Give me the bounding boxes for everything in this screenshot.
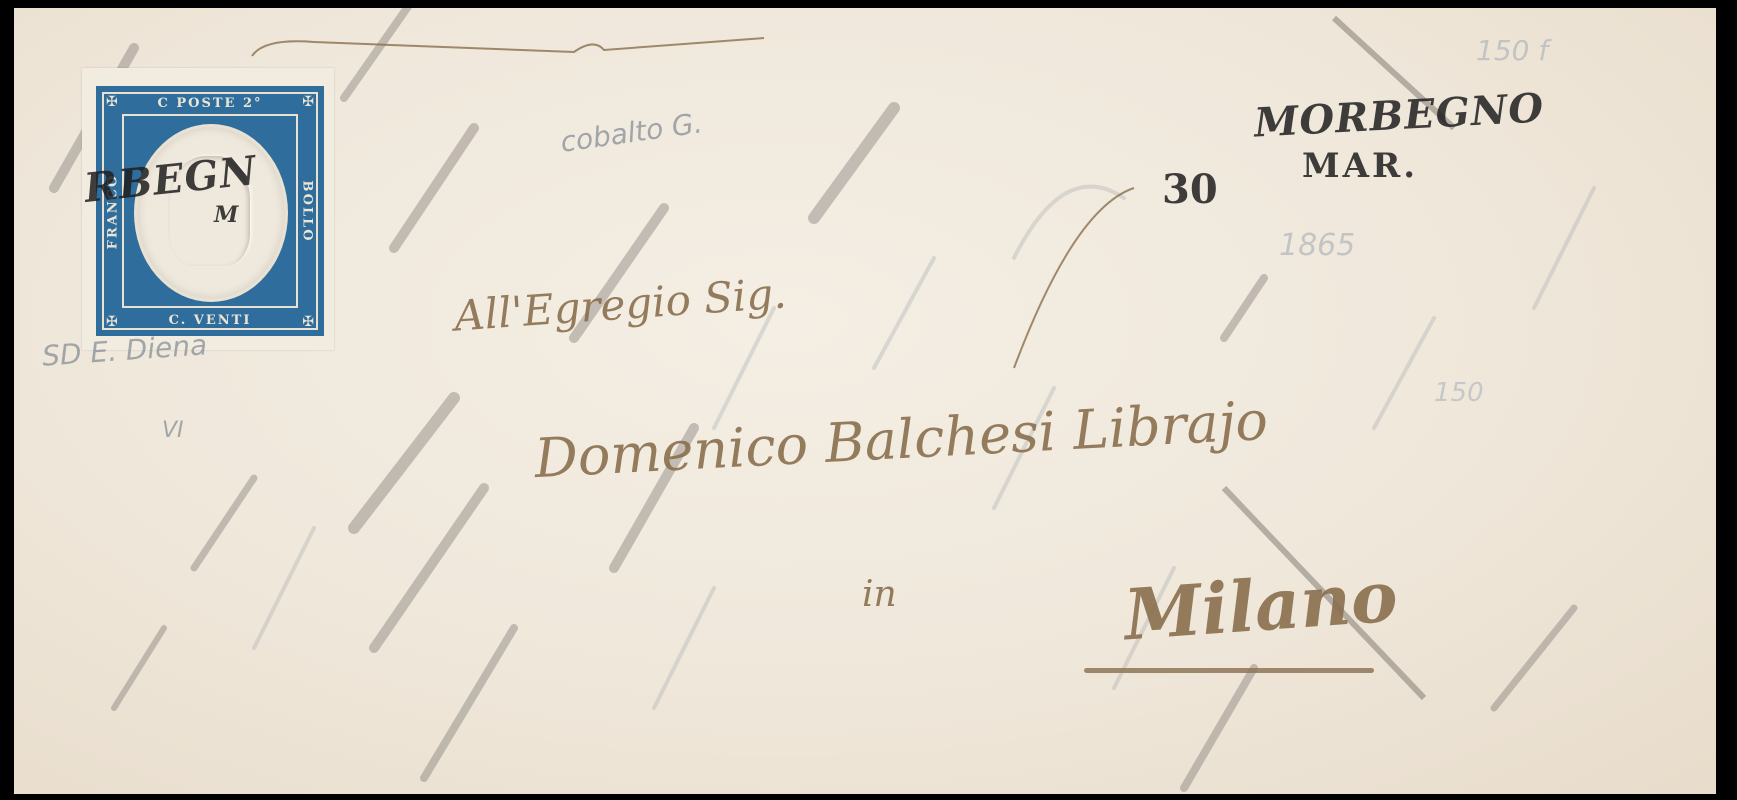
stamp-top-text: C POSTE 2°: [96, 96, 324, 111]
pencil-note-roman: VI: [162, 418, 184, 443]
pencil-note-price: 150 f: [1476, 34, 1548, 67]
postage-stamp: C POSTE 2° C. VENTI FRANCO BOLLO ✠ ✠ ✠ ✠: [96, 86, 324, 336]
stamp-right-text: BOLLO: [300, 157, 315, 267]
postmark-day: 30: [1162, 166, 1218, 213]
pencil-note-price-2: 150: [1434, 378, 1484, 408]
corner-cross-icon: ✠: [106, 314, 118, 330]
letter-cover: C POSTE 2° C. VENTI FRANCO BOLLO ✠ ✠ ✠ ✠…: [14, 8, 1716, 794]
postmark-month: MAR.: [1302, 146, 1418, 186]
corner-cross-icon: ✠: [302, 94, 314, 110]
corner-cross-icon: ✠: [106, 94, 118, 110]
stamp-bottom-text: C. VENTI: [96, 313, 324, 328]
address-line-3: in: [862, 574, 897, 615]
pencil-note-year: 1865: [1279, 228, 1355, 263]
corner-cross-icon: ✠: [302, 314, 314, 330]
stamp-cancellation-day: M: [214, 202, 238, 228]
address-underline: [1084, 668, 1374, 673]
